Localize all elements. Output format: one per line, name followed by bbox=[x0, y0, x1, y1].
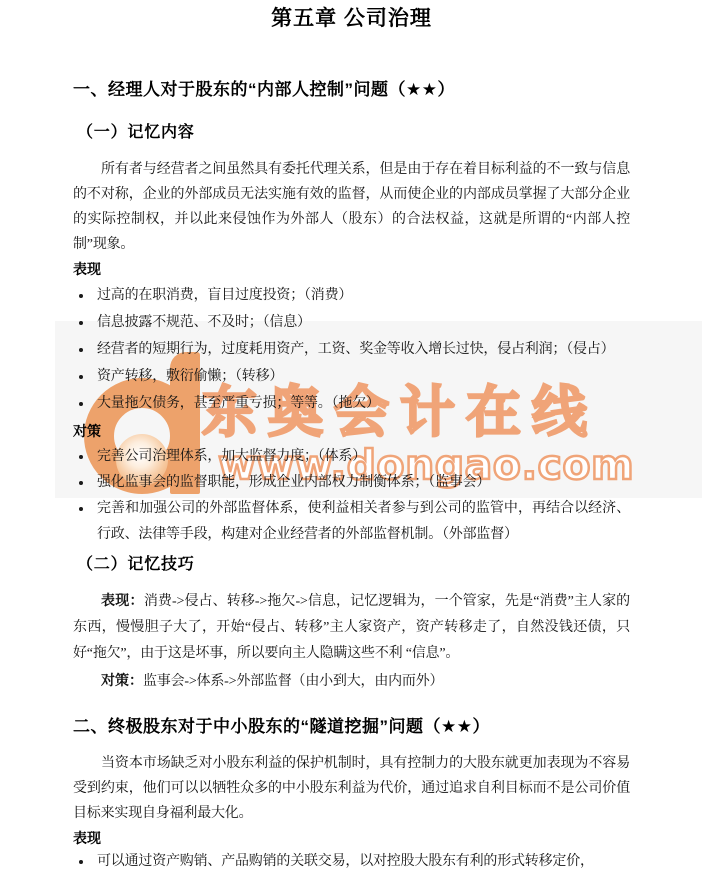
section-2-intro-paragraph: 当资本市场缺乏对小股东利益的保护机制时，具有控制力的大股东就更加表现为不容易受到… bbox=[73, 751, 630, 826]
list-item: 完善公司治理体系，加大监督力度；（体系） bbox=[73, 444, 630, 470]
biaoxian-label: 表现 bbox=[73, 257, 630, 282]
list-item: 大量拖欠债务，甚至严重亏损；等等。（拖欠） bbox=[73, 390, 630, 417]
list-item: 资产转移，敷衍偷懒；（转移） bbox=[73, 363, 630, 390]
duice-label: 对策 bbox=[73, 419, 630, 444]
document-content: 第五章 公司治理 一、经理人对于股东的“内部人控制”问题（★★） （一）记忆内容… bbox=[0, 0, 702, 874]
biaoxian-list: 过高的在职消费，盲目过度投资；（消费） 信息披露不规范、不及时；（信息） 经营者… bbox=[73, 282, 630, 417]
tips-biaoxian-paragraph: 表现：消费->侵占、转移->拖欠->信息，记忆逻辑为，一个管家，先是“消费”主人… bbox=[73, 587, 630, 667]
section-2-heading: 二、终极股东对于中小股东的“隧道挖掘”问题（★★） bbox=[73, 715, 630, 739]
document-page: 东奥会计在线 www.dongao.com 第五章 公司治理 一、经理人对于股东… bbox=[0, 0, 702, 895]
tips-duice-paragraph: 对策：监事会->体系->外部监督（由小到大，由内而外） bbox=[73, 667, 630, 695]
memory-content-heading: （一）记忆内容 bbox=[73, 122, 630, 144]
list-item: 强化监事会的监督职能，形成企业内部权力制衡体系；（监事会） bbox=[73, 470, 630, 496]
duice-list: 完善公司治理体系，加大监督力度；（体系） 强化监事会的监督职能，形成企业内部权力… bbox=[73, 444, 630, 548]
list-item: 经营者的短期行为，过度耗用资产，工资、奖金等收入增长过快，侵占利润；（侵占） bbox=[73, 336, 630, 363]
tips-duice-label: 对策： bbox=[101, 672, 143, 688]
list-item: 信息披露不规范、不及时；（信息） bbox=[73, 309, 630, 336]
memory-tips-heading: （二）记忆技巧 bbox=[73, 554, 630, 576]
list-item: 可以通过资产购销、产品购销的关联交易，以对控股大股东有利的形式转移定价， bbox=[73, 850, 630, 874]
section-1-intro-paragraph: 所有者与经营者之间虽然具有委托代理关系，但是由于存在着目标利益的不一致与信息的不… bbox=[73, 157, 630, 257]
tips-biaoxian-label: 表现： bbox=[101, 592, 144, 608]
tips-biaoxian-text: 消费->侵占、转移->拖欠->信息，记忆逻辑为，一个管家，先是“消费”主人家的东… bbox=[73, 594, 630, 661]
section-1-heading: 一、经理人对于股东的“内部人控制”问题（★★） bbox=[73, 78, 630, 102]
page-title: 第五章 公司治理 bbox=[73, 0, 630, 32]
biaoxian2-label: 表现 bbox=[73, 826, 630, 850]
tips-duice-text: 监事会->体系->外部监督（由小到大，由内而外） bbox=[143, 674, 443, 689]
biaoxian2-list: 可以通过资产购销、产品购销的关联交易，以对控股大股东有利的形式转移定价， bbox=[73, 850, 630, 874]
list-item: 过高的在职消费，盲目过度投资；（消费） bbox=[73, 282, 630, 309]
list-item: 完善和加强公司的外部监督体系，使利益相关者参与到公司的监管中，再结合以经济、行政… bbox=[73, 496, 630, 548]
